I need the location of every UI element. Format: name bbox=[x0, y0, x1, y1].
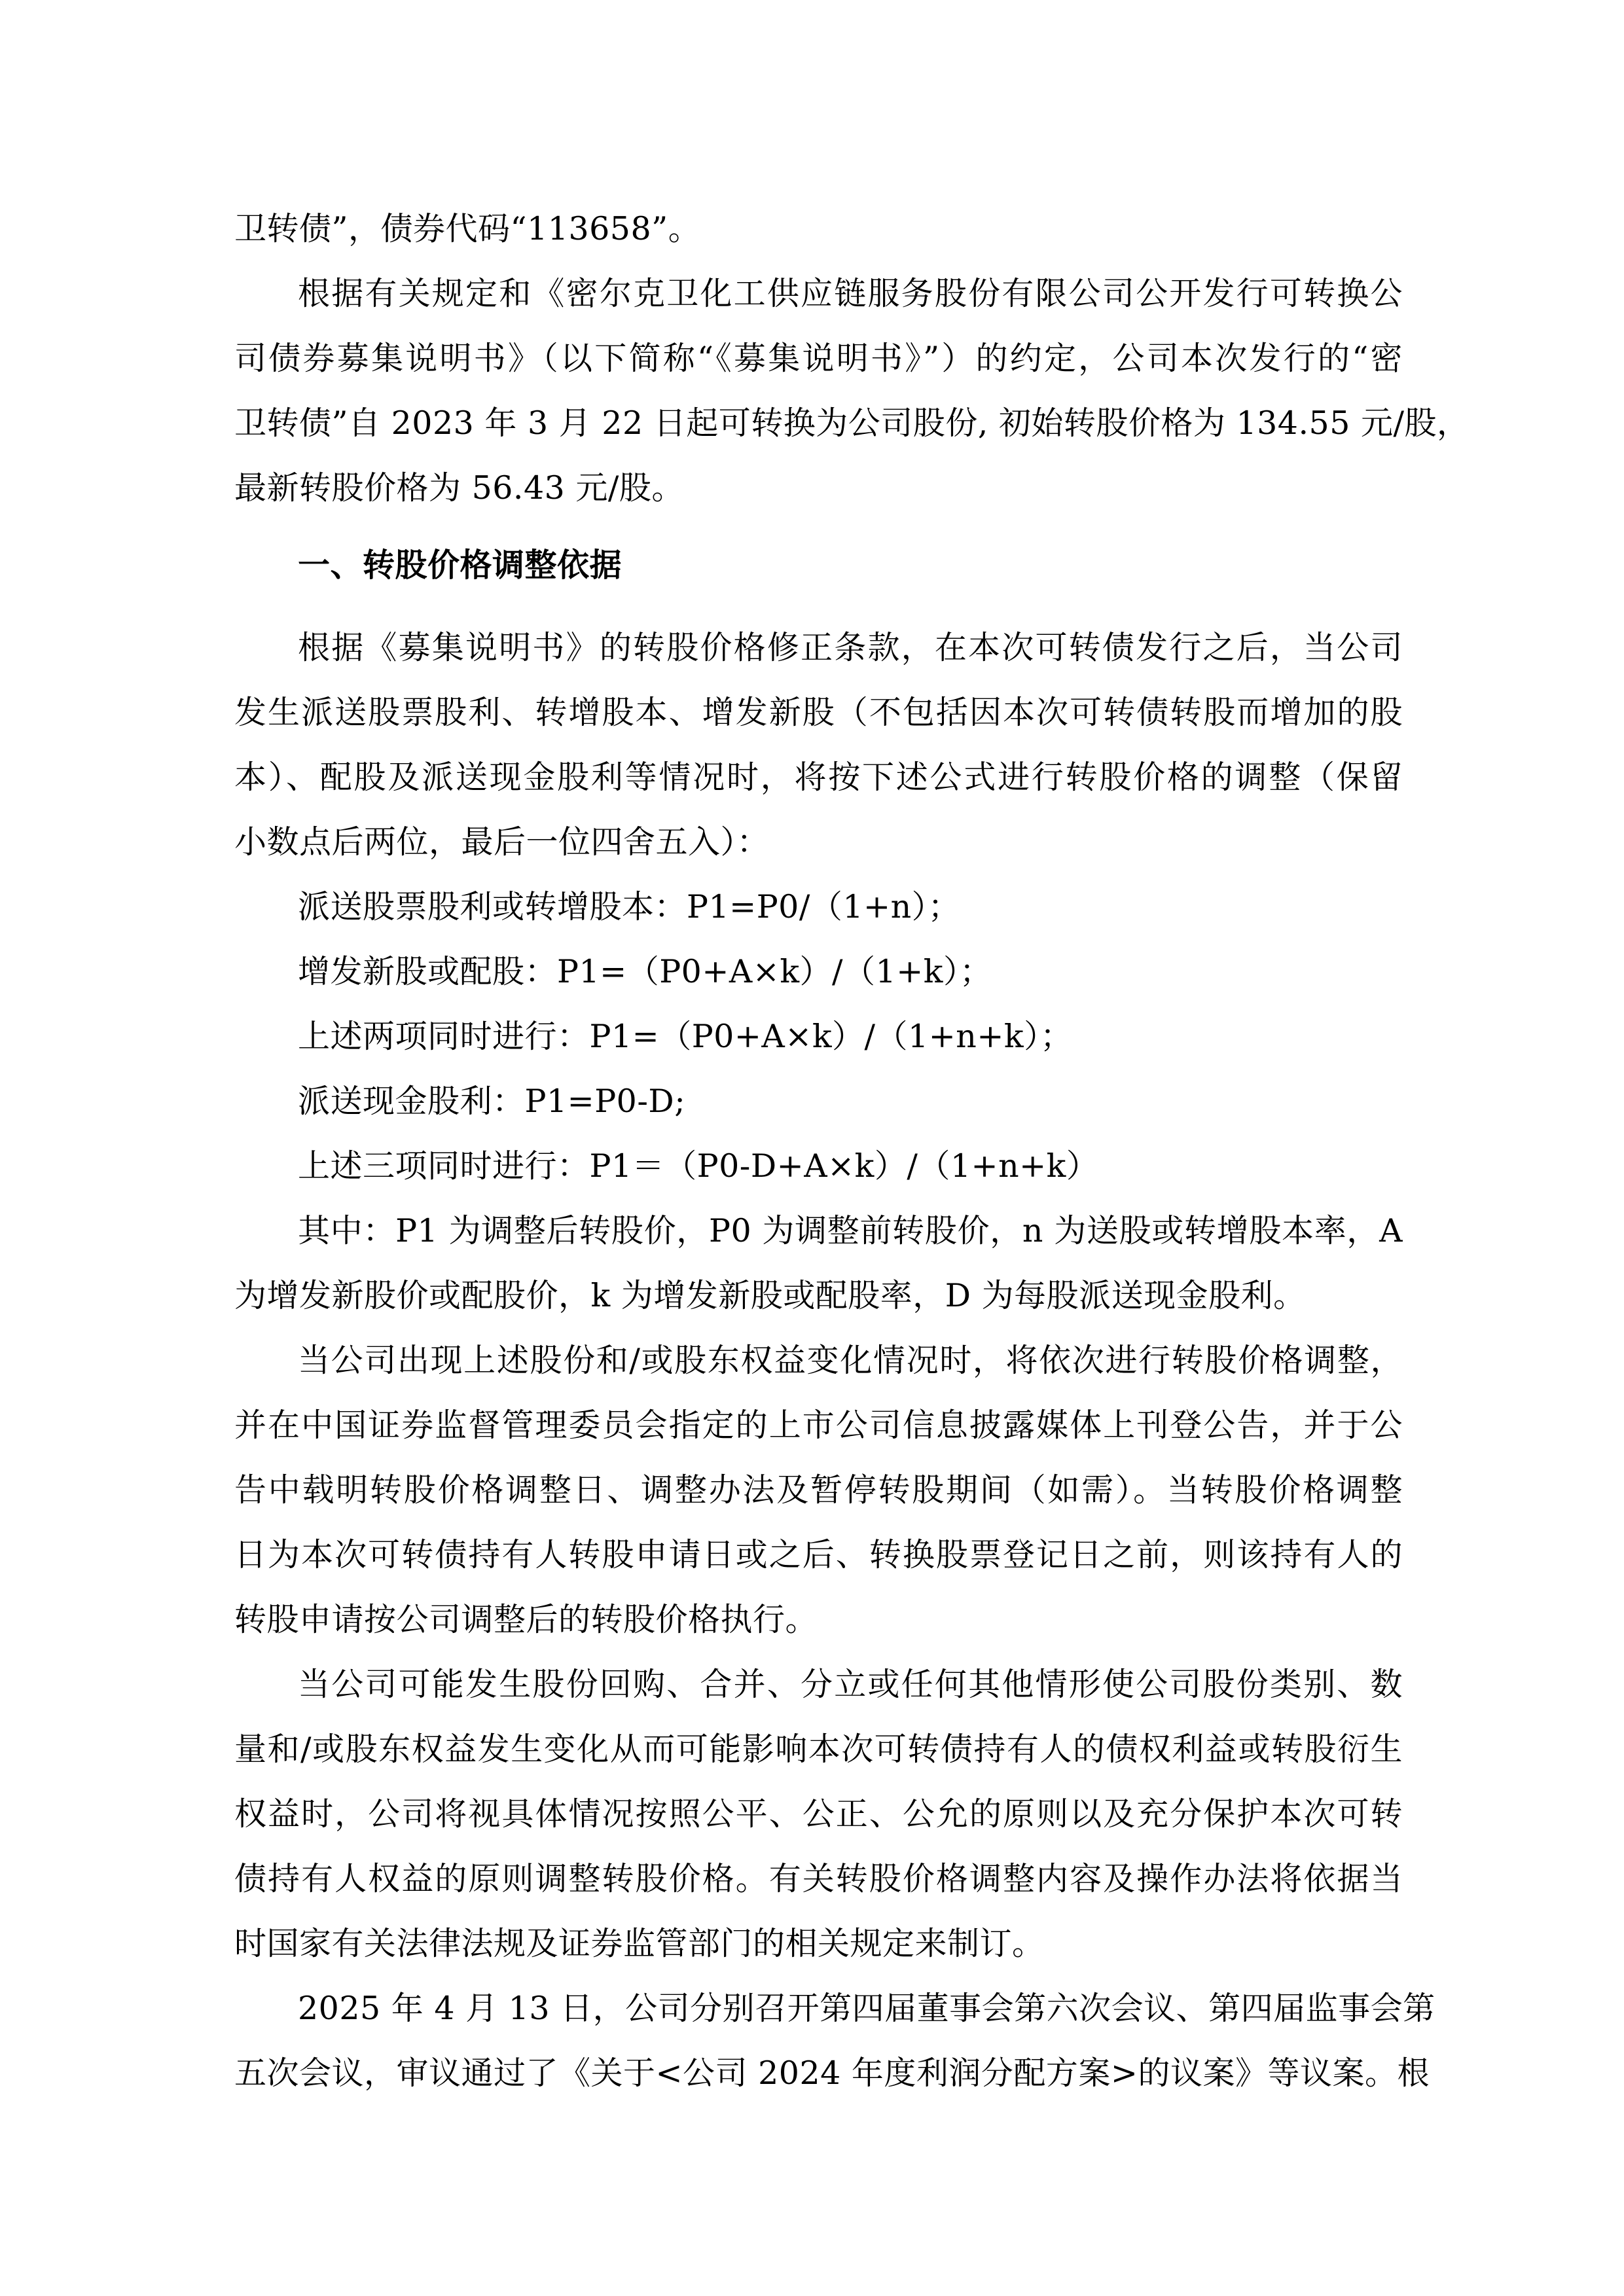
paragraph-line: 日为本次可转债持有人转股申请日或之后、转换股票登记日之前，则该持有人的 bbox=[234, 1522, 1403, 1587]
formula-line: 上述两项同时进行：P1=（P0+A×k）/（1+n+k）； bbox=[298, 1004, 1073, 1069]
paragraph-line: 并在中国证券监督管理委员会指定的上市公司信息披露媒体上刊登公告，并于公 bbox=[234, 1393, 1403, 1458]
paragraph-line: 当公司可能发生股份回购、合并、分立或任何其他情形使公司股份类别、数 bbox=[298, 1652, 1403, 1717]
paragraph-line: 卫转债”自 2023 年 3 月 22 日起可转换为公司股份, 初始转股价格为 … bbox=[234, 391, 1403, 456]
paragraph-line: 量和/或股东权益发生变化从而可能影响本次可转债持有人的债权利益或转股衍生 bbox=[234, 1717, 1403, 1782]
paragraph-line: 当公司出现上述股份和/或股东权益变化情况时，将依次进行转股价格调整， bbox=[298, 1328, 1403, 1393]
formula-line: 上述三项同时进行：P1＝（P0-D+A×k）/（1+n+k） bbox=[298, 1134, 1098, 1198]
paragraph-line: 债持有人权益的原则调整转股价格。有关转股价格调整内容及操作办法将依据当 bbox=[234, 1846, 1403, 1911]
formula-line: 派送现金股利：P1=P0-D; bbox=[298, 1069, 685, 1134]
paragraph-line: 2025 年 4 月 13 日，公司分别召开第四届董事会第六次会议、第四届监事会… bbox=[298, 1976, 1403, 2041]
paragraph-line: 其中：P1 为调整后转股价，P0 为调整前转股价，n 为送股或转增股本率，A bbox=[298, 1198, 1403, 1263]
paragraph-line: 卫转债”，债券代码“113658”。 bbox=[234, 196, 700, 261]
paragraph-line: 司债券募集说明书》（以下简称“《募集说明书》”）的约定，公司本次发行的“密 bbox=[234, 326, 1403, 391]
paragraph-line: 本）、配股及派送现金股利等情况时，将按下述公式进行转股价格的调整（保留 bbox=[234, 745, 1403, 810]
paragraph-line: 小数点后两位，最后一位四舍五入）： bbox=[234, 810, 769, 874]
paragraph-line: 五次会议，审议通过了《关于<公司 2024 年度利润分配方案>的议案》等议案。根 bbox=[234, 2041, 1403, 2106]
paragraph-line: 告中载明转股价格调整日、调整办法及暂停转股期间（如需）。当转股价格调整 bbox=[234, 1458, 1403, 1522]
formula-line: 派送股票股利或转增股本：P1=P0/（1+n）； bbox=[298, 874, 960, 939]
paragraph-line: 发生派送股票股利、转增股本、增发新股（不包括因本次可转债转股而增加的股 bbox=[234, 680, 1403, 745]
section-heading: 一、转股价格调整依据 bbox=[298, 533, 622, 598]
paragraph-line: 时国家有关法律法规及证券监管部门的相关规定来制订。 bbox=[234, 1911, 1045, 1976]
paragraph-line: 根据有关规定和《密尔克卫化工供应链服务股份有限公司公开发行可转换公 bbox=[298, 261, 1403, 326]
paragraph-line: 最新转股价格为 56.43 元/股。 bbox=[234, 456, 684, 520]
paragraph-line: 转股申请按公司调整后的转股价格执行。 bbox=[234, 1587, 818, 1652]
paragraph-line: 为增发新股价或配股价，k 为增发新股或配股率，D 为每股派送现金股利。 bbox=[234, 1263, 1306, 1328]
paragraph-line: 权益时，公司将视具体情况按照公平、公正、公允的原则以及充分保护本次可转 bbox=[234, 1782, 1403, 1846]
formula-line: 增发新股或配股：P1=（P0+A×k）/（1+k）； bbox=[298, 939, 992, 1004]
paragraph-line: 根据《募集说明书》的转股价格修正条款，在本次可转债发行之后，当公司 bbox=[298, 615, 1403, 680]
